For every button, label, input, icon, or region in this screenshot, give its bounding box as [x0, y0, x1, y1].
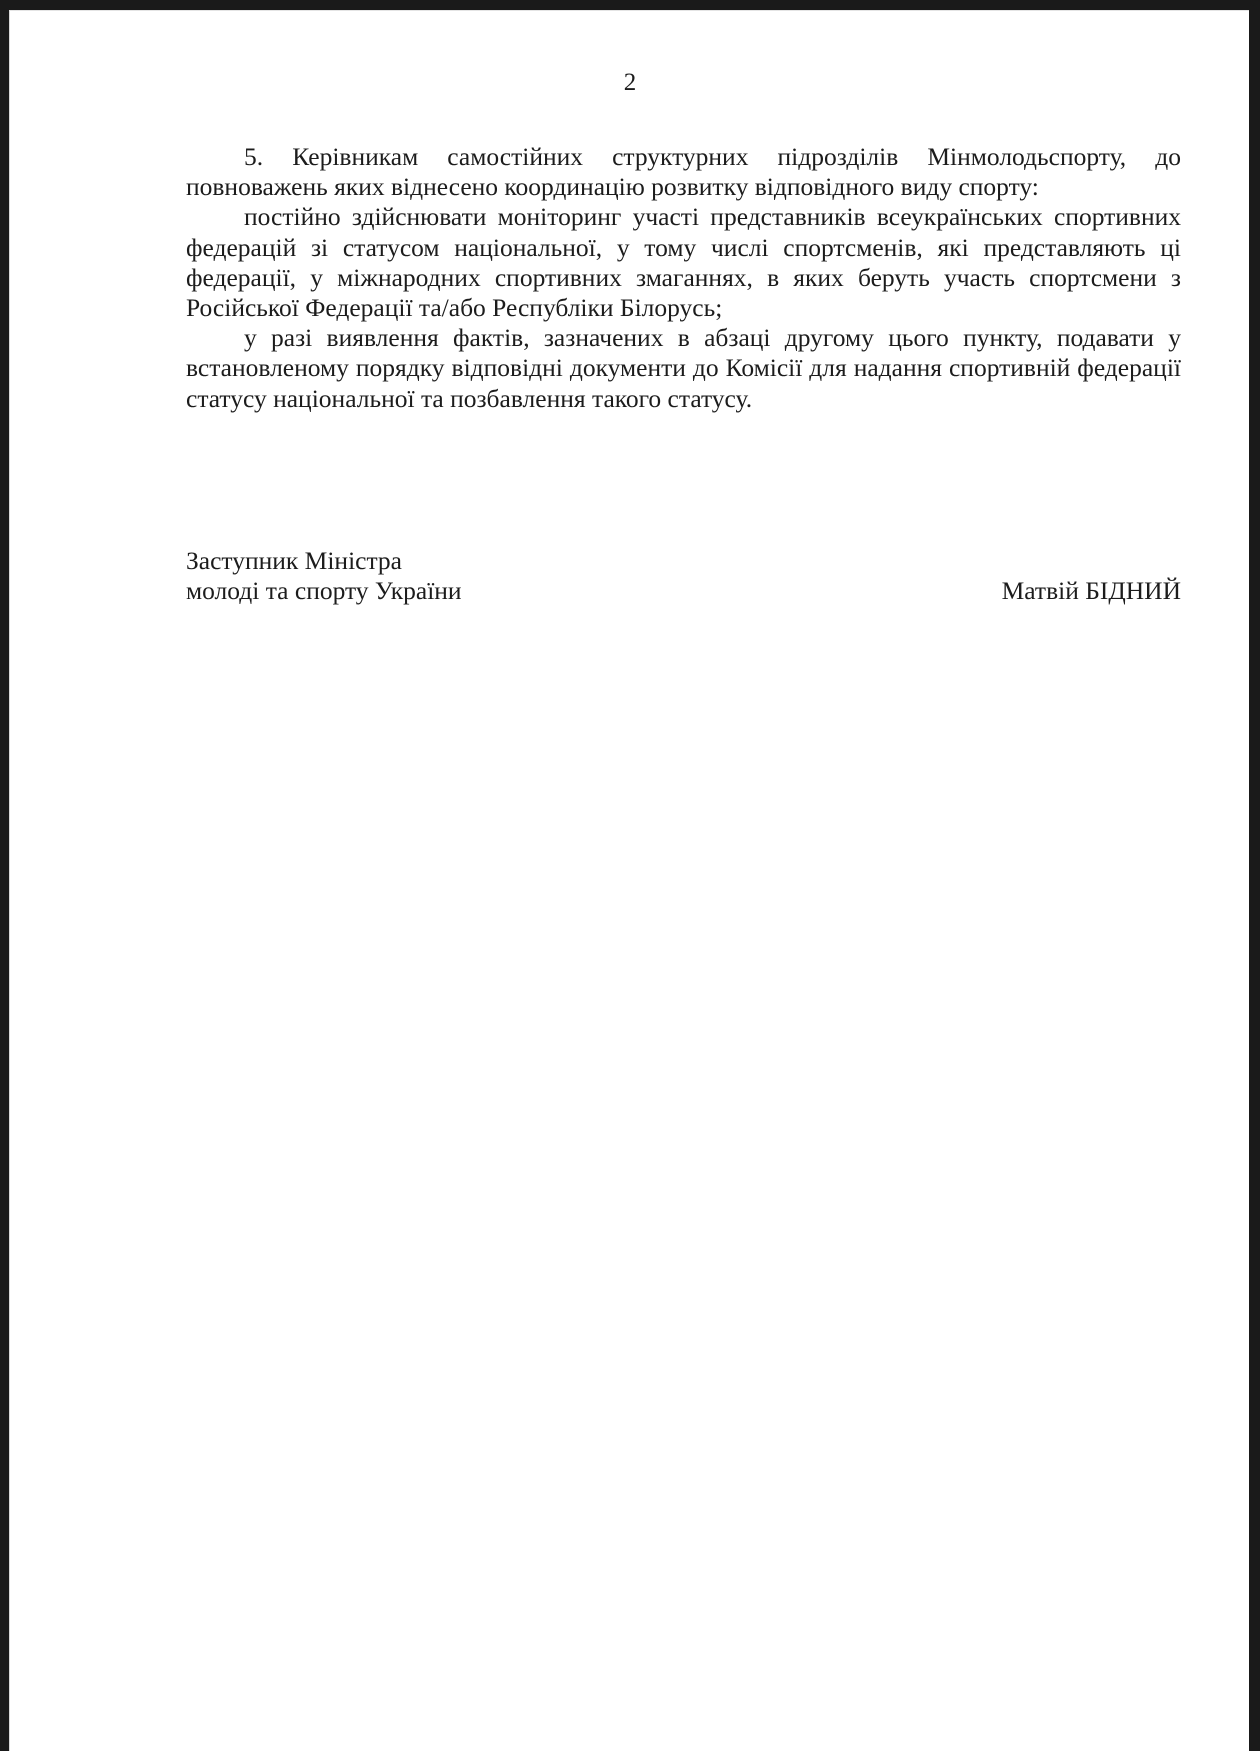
- document-page: 2 5. Керівникам самостійних структурних …: [9, 10, 1249, 1751]
- page-number: 2: [10, 69, 1250, 97]
- signatory-title-line-1: Заступник Міністра: [186, 546, 1181, 576]
- paragraph-monitoring: постійно здійснювати моніторинг участі п…: [186, 202, 1181, 323]
- signatory-name: Матвій БІДНИЙ: [1002, 576, 1181, 606]
- signature-block: Заступник Міністра молоді та спорту Укра…: [186, 546, 1181, 606]
- document-body: 5. Керівникам самостійних структурних пі…: [186, 142, 1181, 414]
- paragraph-item-5: 5. Керівникам самостійних структурних пі…: [186, 142, 1181, 202]
- paragraph-submit-documents: у разі виявлення фактів, зазначених в аб…: [186, 323, 1181, 414]
